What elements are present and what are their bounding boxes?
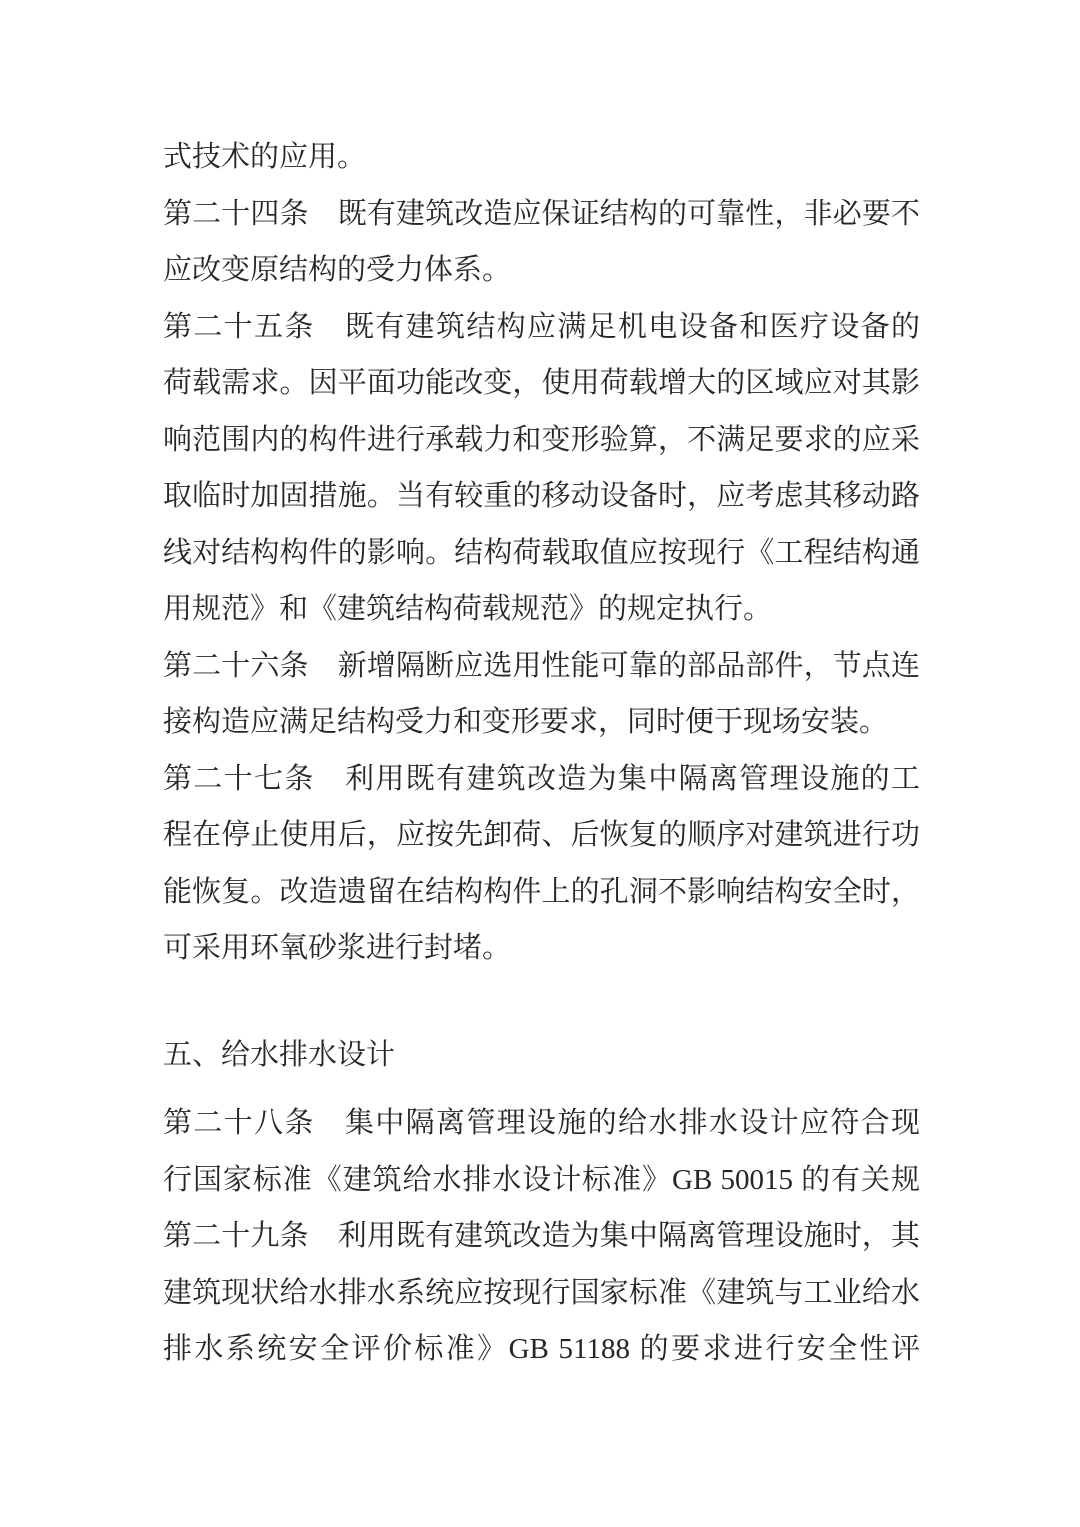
text-line: 行国家标准《建筑给水排水设计标准》GB 50015 的有关规定。 bbox=[163, 1152, 920, 1209]
text-line: 程在停止使用后，应按先卸荷、后恢复的顺序对建筑进行功 bbox=[163, 807, 920, 864]
blank-line-spacer bbox=[163, 977, 920, 1027]
text-line: 线对结构构件的影响。结构荷载取值应按现行《工程结构通 bbox=[163, 525, 920, 582]
text-line: 取临时加固措施。当有较重的移动设备时，应考虑其移动路 bbox=[163, 468, 920, 525]
text-line: 荷载需求。因平面功能改变，使用荷载增大的区域应对其影 bbox=[163, 355, 920, 412]
text-line-article-26: 第二十六条 新增隔断应选用性能可靠的部品部件，节点连 bbox=[163, 638, 920, 695]
text-line-article-29: 第二十九条 利用既有建筑改造为集中隔离管理设施时，其 bbox=[163, 1208, 920, 1265]
text-line-article-28: 第二十八条 集中隔离管理设施的给水排水设计应符合现 bbox=[163, 1095, 920, 1152]
text-line: 应改变原结构的受力体系。 bbox=[163, 242, 920, 299]
text-line: 用规范》和《建筑结构荷载规范》的规定执行。 bbox=[163, 581, 920, 638]
text-line-article-24: 第二十四条 既有建筑改造应保证结构的可靠性，非必要不 bbox=[163, 186, 920, 243]
text-line: 排水系统安全评价标准》GB 51188 的要求进行安全性评估， bbox=[163, 1321, 920, 1378]
text-line: 能恢复。改造遗留在结构构件上的孔洞不影响结构安全时， bbox=[163, 864, 920, 921]
text-line-article-25: 第二十五条 既有建筑结构应满足机电设备和医疗设备的 bbox=[163, 299, 920, 356]
section-heading: 五、给水排水设计 bbox=[163, 1027, 920, 1084]
text-line: 可采用环氧砂浆进行封堵。 bbox=[163, 920, 920, 977]
document-page: 式技术的应用。 第二十四条 既有建筑改造应保证结构的可靠性，非必要不 应改变原结… bbox=[0, 0, 1080, 1527]
heading-spacer bbox=[163, 1083, 920, 1095]
document-body: 式技术的应用。 第二十四条 既有建筑改造应保证结构的可靠性，非必要不 应改变原结… bbox=[163, 129, 920, 1378]
text-line: 接构造应满足结构受力和变形要求，同时便于现场安装。 bbox=[163, 694, 920, 751]
text-line: 响范围内的构件进行承载力和变形验算，不满足要求的应采 bbox=[163, 412, 920, 469]
text-line-article-27: 第二十七条 利用既有建筑改造为集中隔离管理设施的工 bbox=[163, 751, 920, 808]
text-line: 式技术的应用。 bbox=[163, 129, 920, 186]
text-line: 建筑现状给水排水系统应按现行国家标准《建筑与工业给水 bbox=[163, 1265, 920, 1322]
